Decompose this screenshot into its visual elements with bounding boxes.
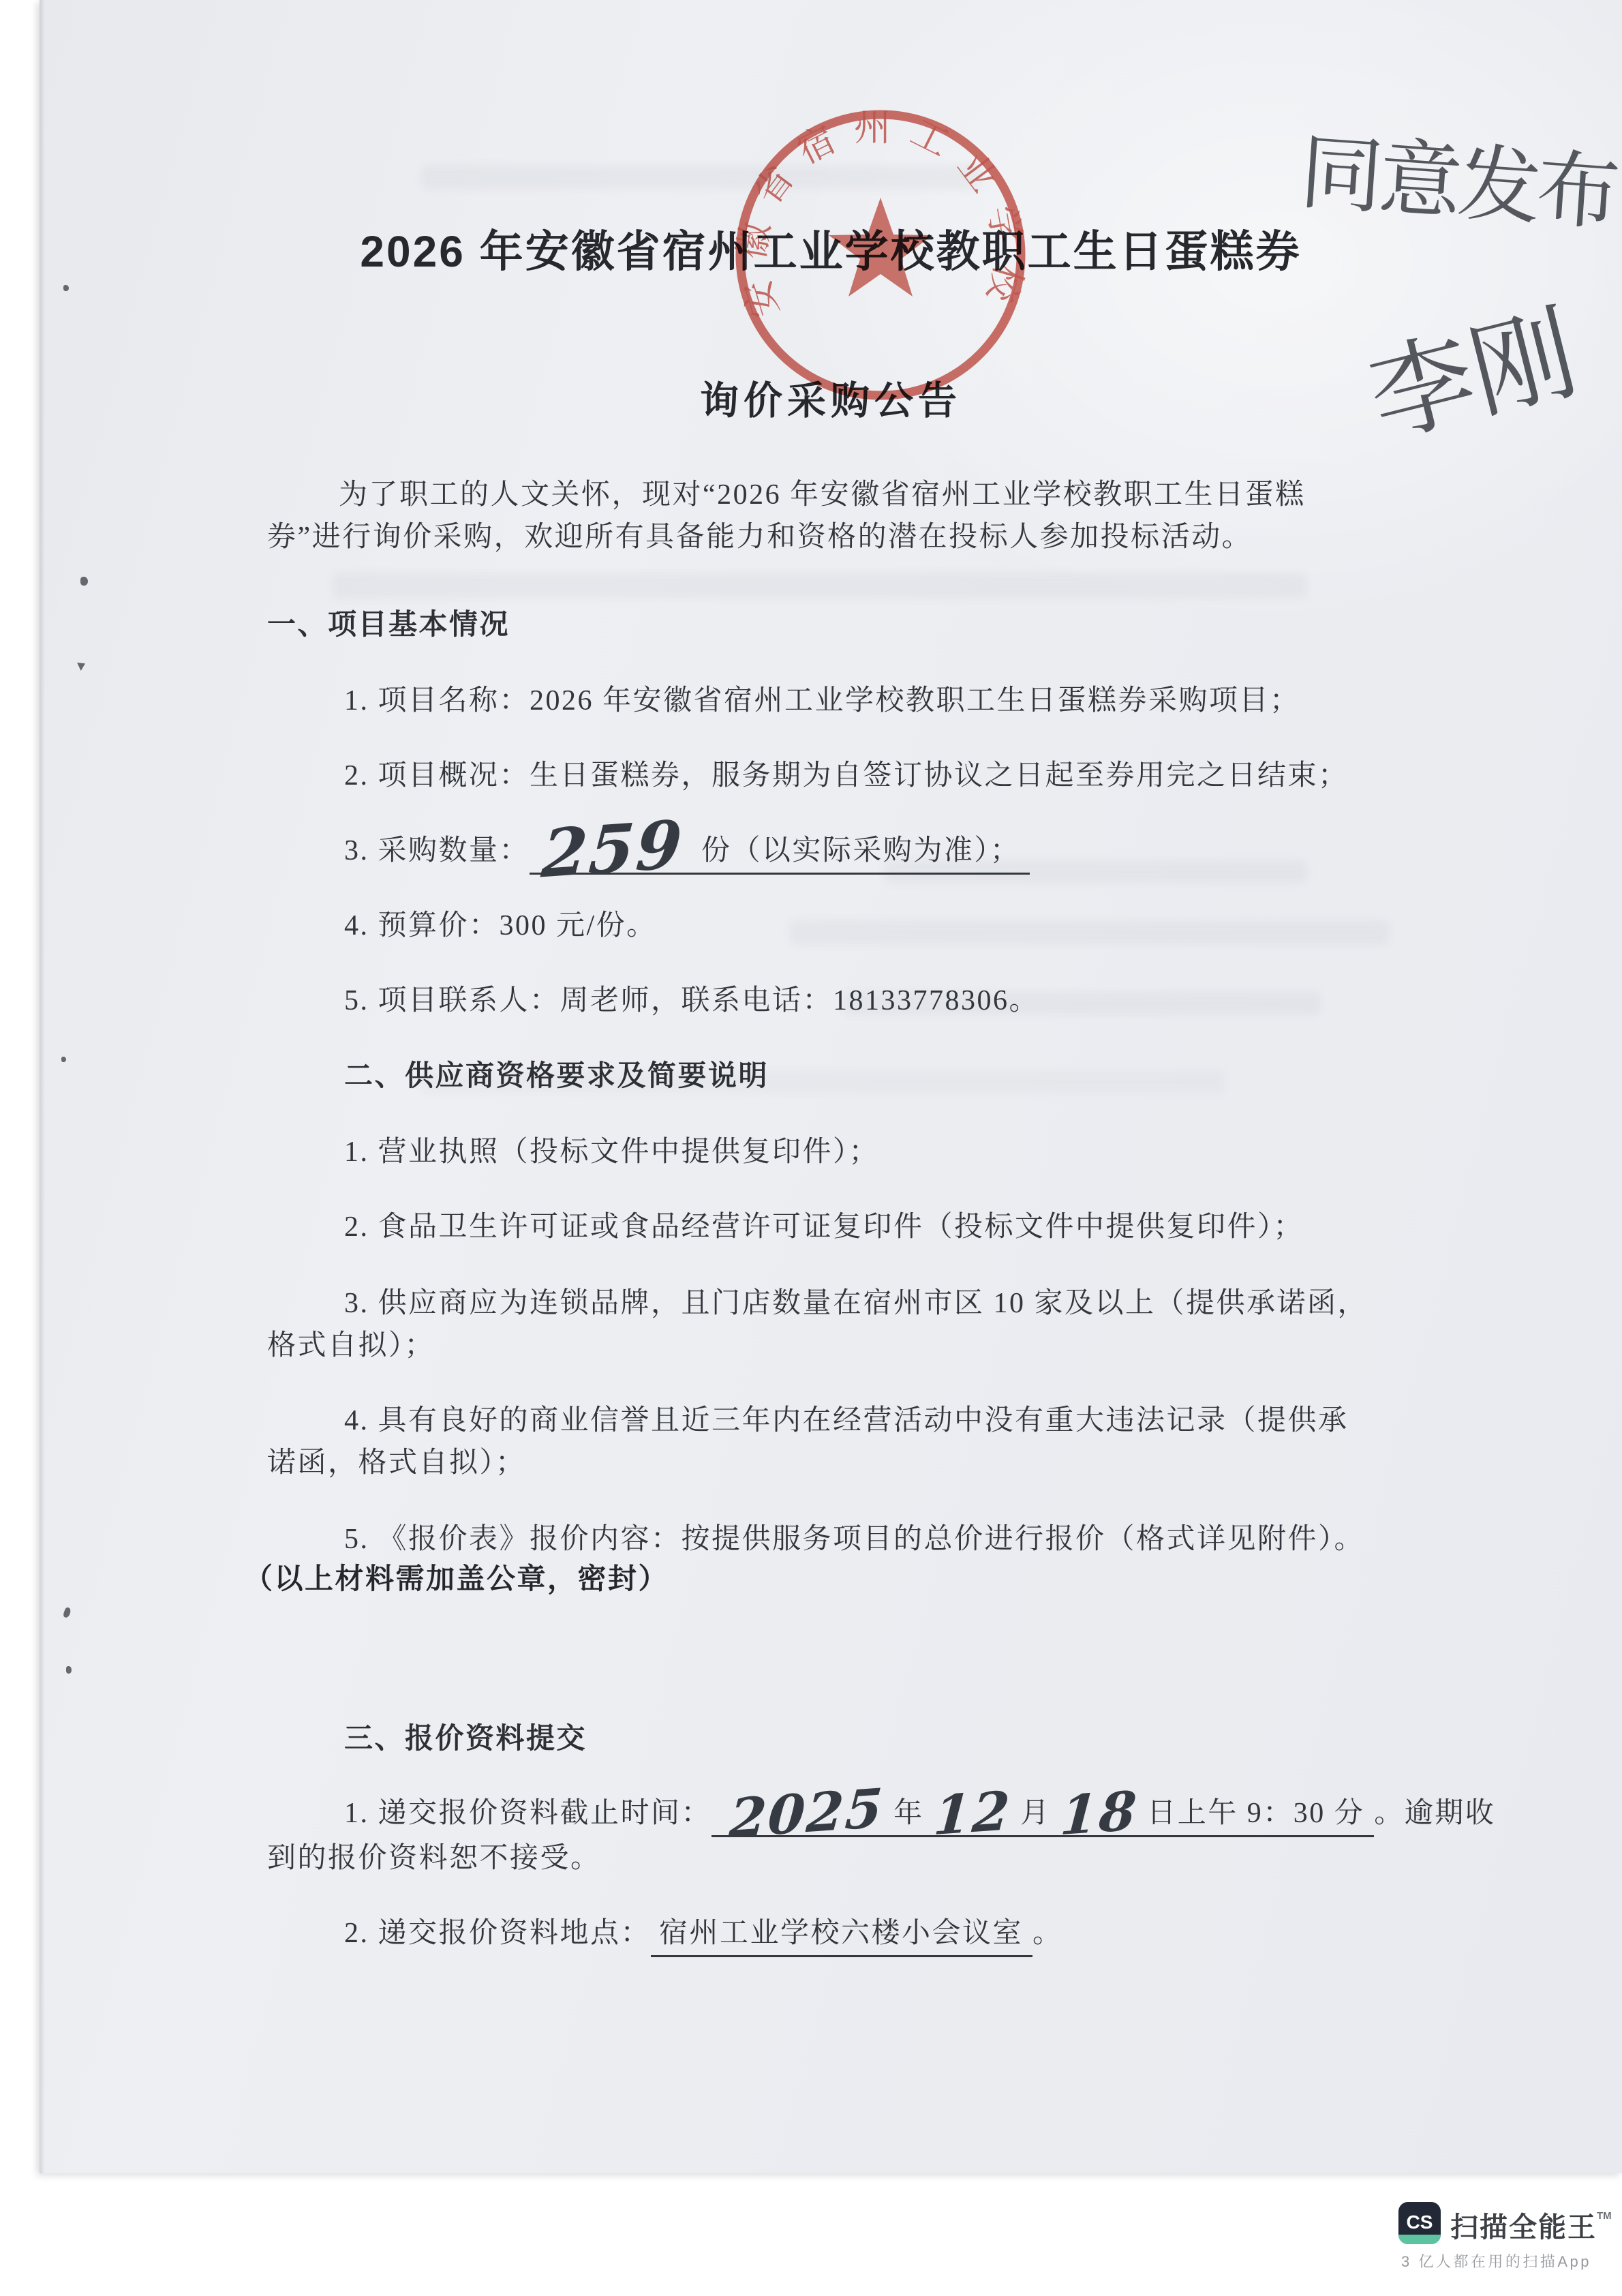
section1-item5: 5. 项目联系人：周老师，联系电话：18133778306。 xyxy=(344,983,1039,1019)
scan-speck xyxy=(63,1607,72,1618)
section2-heading: 二、供应商资格要求及简要说明 xyxy=(344,1058,769,1094)
handwritten-day: 18 xyxy=(1060,1811,1137,1817)
location-label: 2. 递交报价资料地点： xyxy=(344,1918,651,1949)
section2-item4-line1: 4. 具有良好的商业信誉且近三年内在经营活动中没有重大违法记录（提供承 xyxy=(344,1403,1349,1439)
star-icon xyxy=(829,198,932,297)
scan-speck xyxy=(80,577,88,586)
intro-line-1: 为了职工的人文关怀，现对“2026 年安徽省宿州工业学校教职工生日蛋糕 xyxy=(339,477,1306,513)
section1-item1: 1. 项目名称：2026 年安徽省宿州工业学校教职工生日蛋糕券采购项目； xyxy=(344,683,1300,719)
section1-item3: 3. 采购数量：259份（以实际采购为准）； xyxy=(344,833,1030,869)
watermark-app-name: 扫描全能王TM xyxy=(1450,2205,1612,2245)
bleed-through-artifact xyxy=(333,573,1307,599)
section2-item3-line1: 3. 供应商应为连锁品牌，且门店数量在宿州市区 10 家及以上（提供承诺函， xyxy=(344,1286,1368,1322)
section3-item1: 1. 递交报价资料截止时间：2025年12月18日上午 9：30 分。逾期收 xyxy=(344,1796,1495,1832)
app-name-text: 扫描全能王 xyxy=(1450,2211,1597,2243)
logo-cs-text: CS xyxy=(1407,2211,1433,2233)
deadline-tail: 。逾期收 xyxy=(1374,1798,1495,1829)
quantity-label: 3. 采购数量： xyxy=(344,835,530,866)
section3-item1-line2: 到的报价资料恕不接受。 xyxy=(267,1841,601,1877)
quantity-unit-note: 份（以实际采购为准）； xyxy=(701,835,1021,866)
watermark-tagline: 3 亿人都在用的扫描App xyxy=(1401,2250,1591,2271)
section2-item1: 1. 营业执照（投标文件中提供复印件）； xyxy=(344,1134,879,1170)
handwritten-approval-note: 同意发布 xyxy=(1296,105,1620,246)
scan-speck xyxy=(63,285,69,291)
handwritten-month: 12 xyxy=(934,1811,1011,1817)
bleed-through-artifact xyxy=(789,920,1389,945)
handwritten-quantity: 259 xyxy=(542,845,683,855)
scanned-paper: 2026 年安徽省宿州工业学校教职工生日蛋糕券 询价采购公告 为了职工的人文关怀… xyxy=(40,0,1622,2173)
seal-requirement-note: （以上材料需加盖公章，密封） xyxy=(244,1561,669,1597)
section3-heading: 三、报价资料提交 xyxy=(344,1721,587,1757)
handwritten-signature: 李刚 xyxy=(1352,270,1589,464)
year-unit: 年 xyxy=(893,1798,924,1829)
camscanner-logo-icon: CS xyxy=(1398,2202,1441,2244)
deadline-time-text: 日上午 9：30 分 xyxy=(1147,1798,1364,1829)
scanned-document-page: { "document": { "title": "2026 年安徽省宿州工业学… xyxy=(0,0,1622,2296)
section1-item2: 2. 项目概况：生日蛋糕券，服务期为自签订协议之日起至券用完之日结束； xyxy=(344,758,1349,794)
intro-line-2: 券”进行询价采购，欢迎所有具备能力和资格的潜在投标人参加投标活动。 xyxy=(267,519,1252,556)
scan-speck xyxy=(66,1666,72,1674)
deadline-underlined-blank: 2025年12月18日上午 9：30 分 xyxy=(711,1798,1374,1837)
quantity-underlined-blank: 259份（以实际采购为准）； xyxy=(530,835,1030,875)
logo-accent-strip xyxy=(1398,2235,1441,2244)
deadline-label: 1. 递交报价资料截止时间： xyxy=(344,1798,711,1829)
handwritten-year: 2025 xyxy=(729,1809,884,1819)
section2-item3-line2: 格式自拟）； xyxy=(267,1328,435,1364)
section2-item2: 2. 食品卫生许可证或食品经营许可证复印件（投标文件中提供复印件）； xyxy=(344,1209,1304,1245)
trademark-symbol: TM xyxy=(1597,2210,1612,2222)
section2-item5: 5. 《报价表》报价内容：按提供服务项目的总价进行报价（格式详见附件）。 xyxy=(344,1522,1364,1558)
location-tail: 。 xyxy=(1032,1918,1063,1949)
section1-heading: 一、项目基本情况 xyxy=(267,607,510,643)
month-unit: 月 xyxy=(1020,1798,1051,1829)
official-seal-stamp: 安徽省宿州工业学校 xyxy=(726,101,1035,409)
location-underlined: 宿州工业学校六楼小会议室 xyxy=(651,1918,1032,1957)
section2-item4-line2: 诺函，格式自拟）； xyxy=(267,1445,526,1481)
scan-speck xyxy=(61,1057,66,1062)
section3-item2: 2. 递交报价资料地点：宿州工业学校六楼小会议室。 xyxy=(344,1916,1063,1952)
scan-speck xyxy=(76,663,85,671)
section1-item4: 4. 预算价：300 元/份。 xyxy=(344,908,657,944)
